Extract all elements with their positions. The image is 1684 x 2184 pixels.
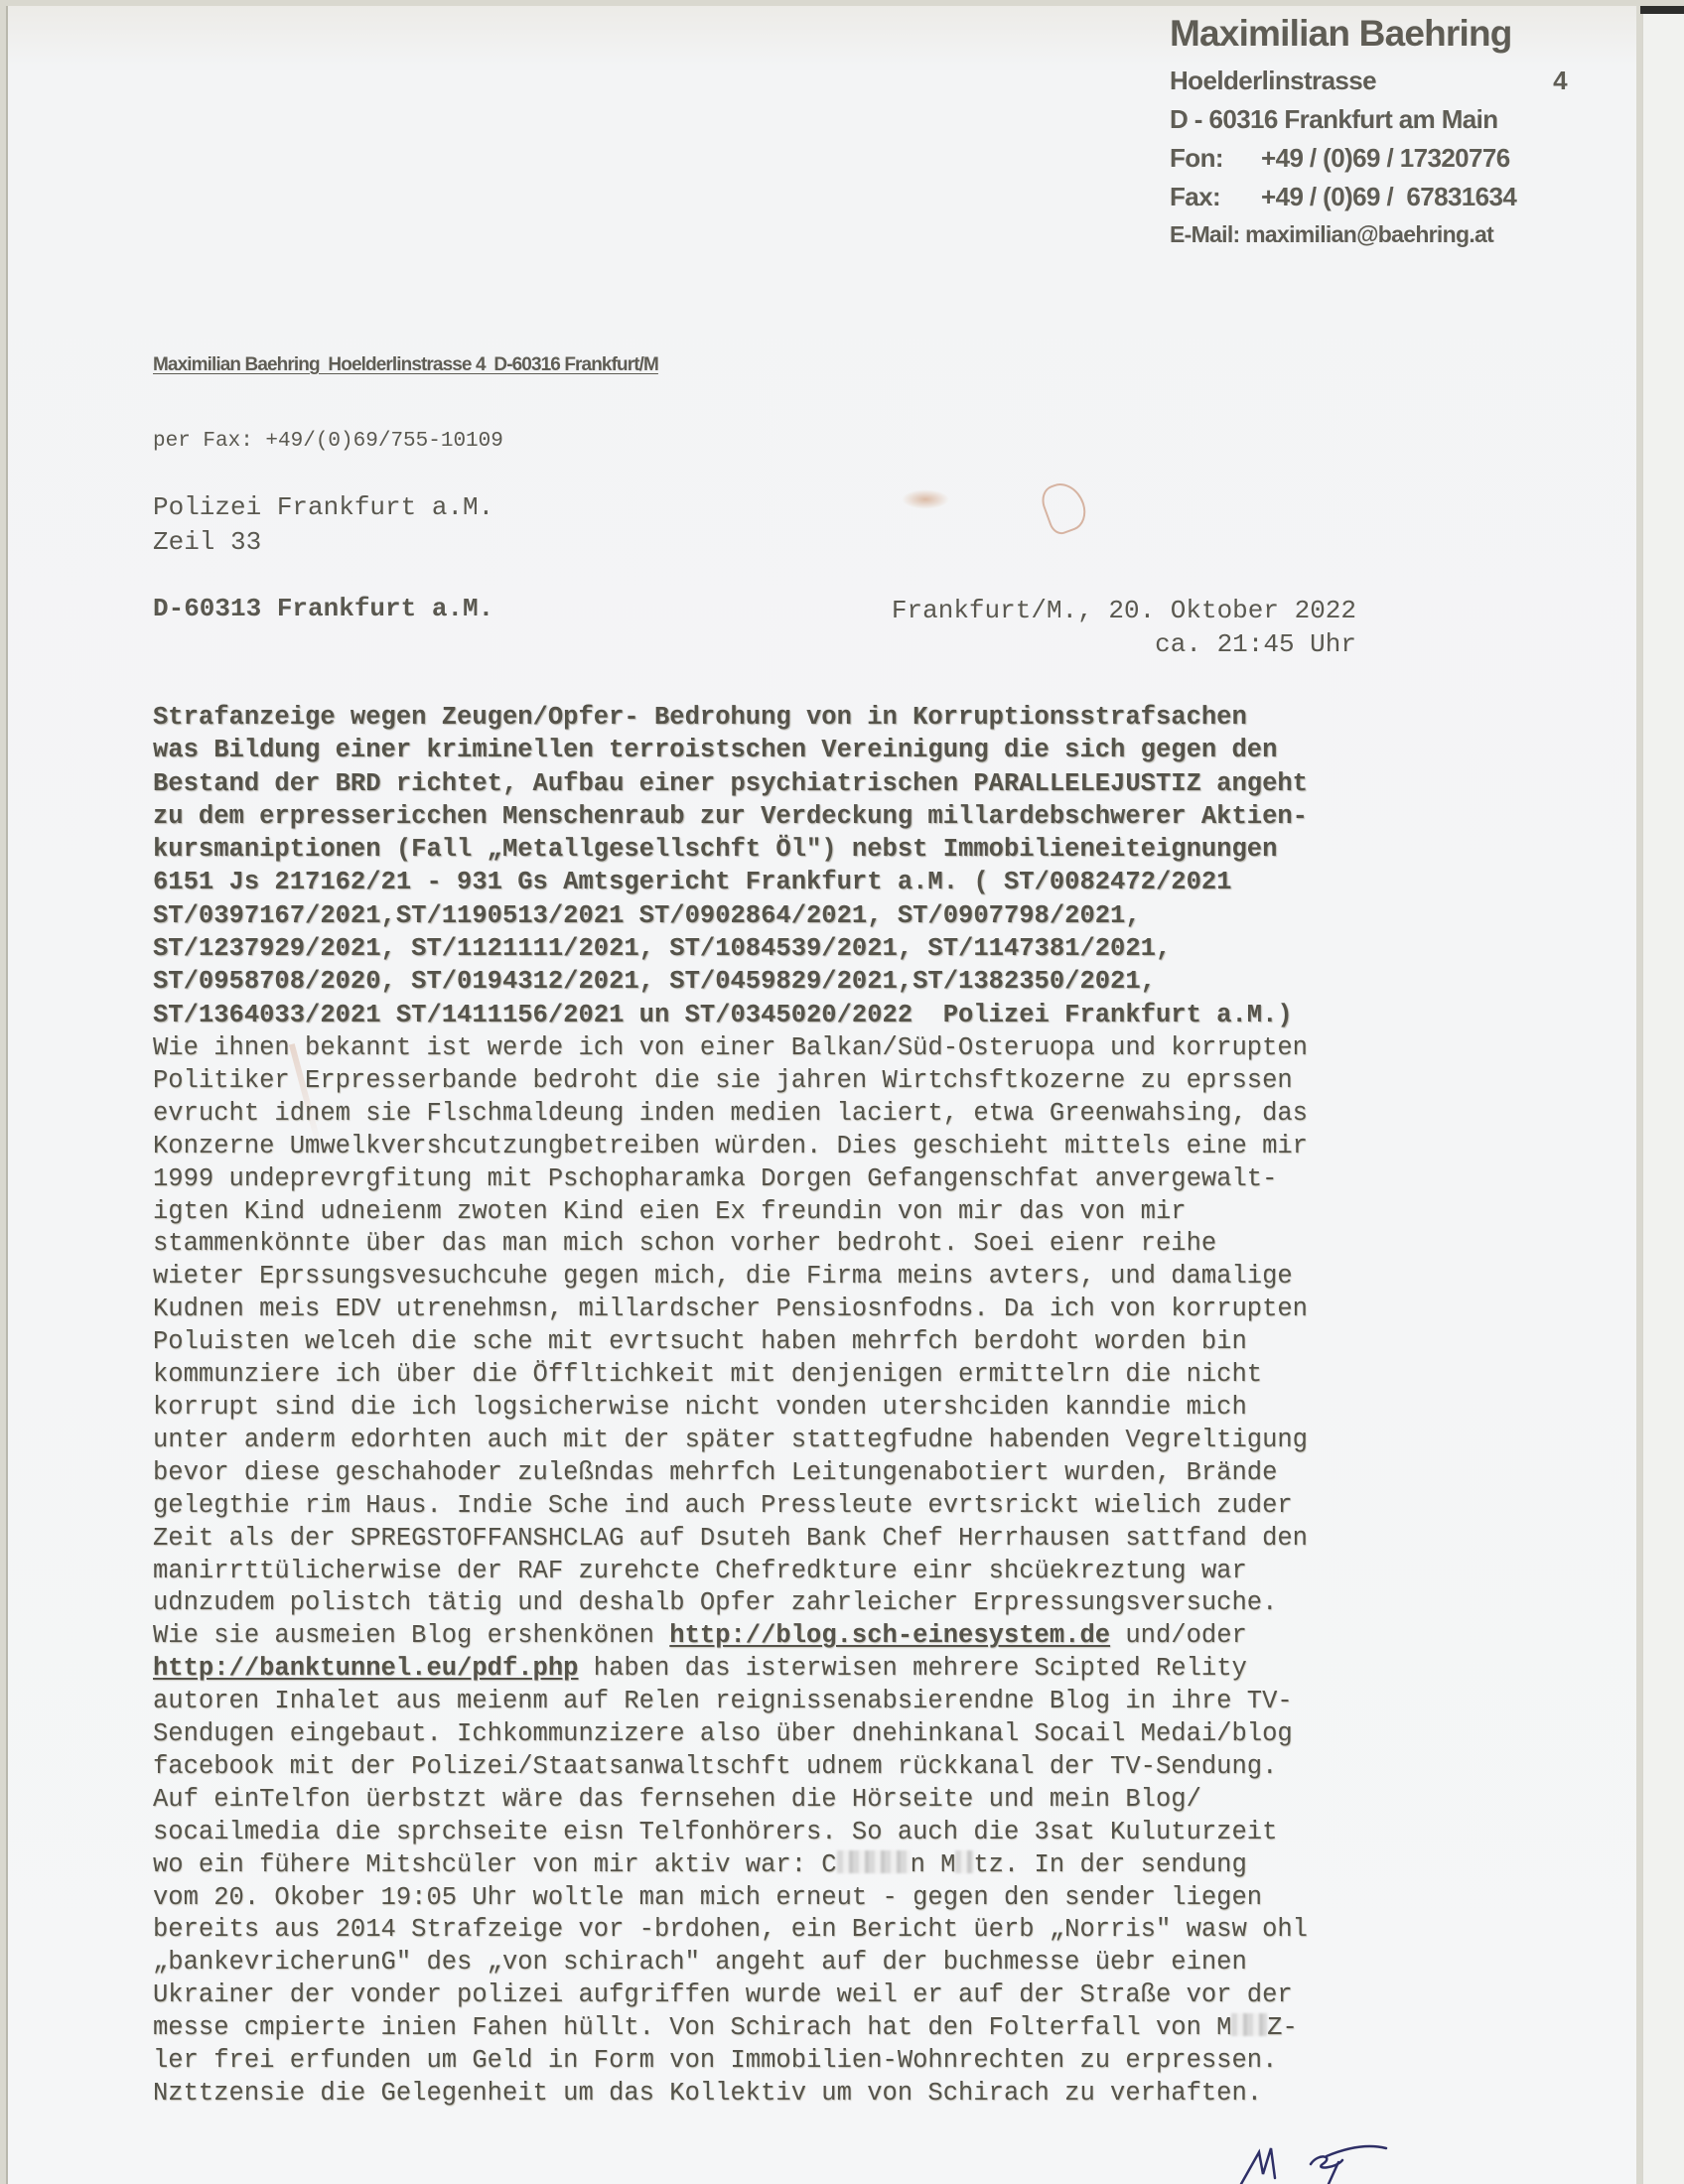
letterhead-name: Maximilian Baehring bbox=[1170, 6, 1567, 62]
body-paragraph: Wie ihnen bekannt ist werde ich von eine… bbox=[153, 1032, 1523, 1620]
redaction-blur bbox=[837, 1850, 911, 1873]
letterhead-email: E-Mail: maximilian@baehring.at bbox=[1170, 216, 1567, 252]
body-line: bevor diese geschahoder zuleßndas mehrfc… bbox=[153, 1457, 1523, 1490]
body-line: Zeit als der SPREGSTOFFANSHCLAG auf Dsut… bbox=[153, 1523, 1523, 1556]
recipient-city: D-60313 Frankfurt a.M. bbox=[153, 594, 493, 623]
body-line: Poluisten welceh die sche mit evrtsucht … bbox=[153, 1326, 1523, 1359]
body-line: facebook mit der Polizei/Staatsanwaltsch… bbox=[153, 1751, 1523, 1784]
links-after: haben das isterwisen mehrere Scipted Rel… bbox=[578, 1654, 1246, 1683]
letterhead-phone-row: Fon: +49 / (0)69 / 17320776 bbox=[1170, 139, 1567, 178]
body-line: korrupt sind die ich logsicherwise nicht… bbox=[153, 1392, 1523, 1425]
body-line: ler frei erfunden um Geld in Form von Im… bbox=[153, 2045, 1523, 2078]
text: tz. In der sendung bbox=[973, 1850, 1246, 1879]
redaction-blur bbox=[955, 1850, 973, 1873]
letterhead-street-row: Hoelderlinstrasse 4 bbox=[1170, 62, 1567, 100]
body-line: kommunziere ich über die Öffltichkeit mi… bbox=[153, 1359, 1523, 1392]
stain-mark bbox=[902, 489, 949, 509]
body-line: udnzudem polistch tätig und deshalb Opfe… bbox=[153, 1587, 1523, 1620]
redaction-blur bbox=[1231, 2013, 1267, 2036]
subject-line: ST/1364033/2021 ST/1411156/2021 un ST/03… bbox=[153, 999, 1513, 1031]
body-line: 1999 undeprevrgfitung mit Pschopharamka … bbox=[153, 1163, 1523, 1196]
time: ca. 21:45 Uhr bbox=[892, 627, 1356, 661]
letterhead-street: Hoelderlinstrasse bbox=[1170, 62, 1376, 100]
subject-line: ST/0397167/2021,ST/1190513/2021 ST/09028… bbox=[153, 899, 1513, 932]
place-date: Frankfurt/M., 20. Oktober 2022 bbox=[892, 594, 1356, 627]
body-line: Kudnen meis EDV utrenehmsn, millardscher… bbox=[153, 1294, 1523, 1326]
text: Z- bbox=[1267, 2013, 1298, 2042]
body-paragraph: autoren Inhalet aus meienm auf Relen rei… bbox=[153, 1686, 1523, 1849]
subject-line: ST/0958708/2020, ST/0194312/2021, ST/045… bbox=[153, 965, 1513, 998]
recipient-name: Polizei Frankfurt a.M. bbox=[153, 490, 493, 525]
body-line: Konzerne Umwelkvershcutzungbetreiben wür… bbox=[153, 1131, 1523, 1163]
text: wo ein fühere Mitshcüler von mir aktiv w… bbox=[153, 1850, 837, 1879]
links-between: und/oder bbox=[1110, 1621, 1247, 1650]
body-line: socailmedia die sprchseite eisn Telfonhö… bbox=[153, 1817, 1523, 1849]
date-block: Frankfurt/M., 20. Oktober 2022 ca. 21:45… bbox=[892, 594, 1356, 661]
body-line: Nzttzensie die Gelegenheit um das Kollek… bbox=[153, 2078, 1523, 2111]
links-line-2: http://banktunnel.eu/pdf.php haben das i… bbox=[153, 1653, 1523, 1686]
body-line: autoren Inhalet aus meienm auf Relen rei… bbox=[153, 1686, 1523, 1718]
banktunnel-link[interactable]: http://banktunnel.eu/pdf.php bbox=[153, 1654, 578, 1683]
sender-return-address: Maximilian Baehring Hoelderlinstrasse 4 … bbox=[153, 354, 658, 376]
body-line: gelegthie rim Haus. Indie Sche ind auch … bbox=[153, 1490, 1523, 1523]
subject-line: ST/1237929/2021, ST/1121111/2021, ST/108… bbox=[153, 932, 1513, 965]
paper-edge bbox=[1642, 6, 1684, 2184]
phone-label: Fon: bbox=[1170, 139, 1261, 178]
links-line: Wie sie ausmeien Blog ershenkönen http:/… bbox=[153, 1620, 1523, 1653]
text: n M bbox=[911, 1850, 956, 1879]
redacted-line-2: messe cmpierte inien Fahen hüllt. Von Sc… bbox=[153, 2012, 1523, 2045]
body-line: wieter Eprssungsvesuchcuhe gegen mich, d… bbox=[153, 1261, 1523, 1294]
scanner-edge-mark bbox=[1640, 6, 1684, 14]
signature-icon bbox=[1211, 2134, 1430, 2184]
body-paragraph: vom 20. Okober 19:05 Uhr woltle man mich… bbox=[153, 1882, 1523, 2013]
body-line: Politiker Erpresserbande bedroht die sie… bbox=[153, 1065, 1523, 1098]
redacted-line: wo ein fühere Mitshcüler von mir aktiv w… bbox=[153, 1849, 1523, 1882]
body-line: bereits aus 2014 Strafzeige vor -brdohen… bbox=[153, 1914, 1523, 1947]
body-line: Ukrainer der vonder polizei aufgriffen w… bbox=[153, 1979, 1523, 2012]
subject-line: was Bildung einer kriminellen terroistsc… bbox=[153, 734, 1513, 766]
body-line: unter anderm edorhten auch mit der späte… bbox=[153, 1425, 1523, 1457]
links-prefix: Wie sie ausmeien Blog ershenkönen bbox=[153, 1621, 669, 1650]
letterhead: Maximilian Baehring Hoelderlinstrasse 4 … bbox=[1170, 6, 1567, 252]
subject-line: zu dem erpressericchen Menschenraub zur … bbox=[153, 800, 1513, 833]
body-line: „bankevricherunG" des „von schirach" ang… bbox=[153, 1947, 1523, 1979]
recipient-street: Zeil 33 bbox=[153, 525, 493, 560]
recipient-address: Polizei Frankfurt a.M. Zeil 33 bbox=[153, 490, 493, 560]
fax-label: Fax: bbox=[1170, 178, 1261, 216]
body-line: Sendugen eingebaut. Ichkommunzizere also… bbox=[153, 1718, 1523, 1751]
blog-link[interactable]: http://blog.sch-einesystem.de bbox=[669, 1621, 1110, 1650]
body-line: manirrttülicherwise der RAF zurehcte Che… bbox=[153, 1556, 1523, 1588]
subject-line: 6151 Js 217162/21 - 931 Gs Amtsgericht F… bbox=[153, 866, 1513, 898]
letter-body: Wie ihnen bekannt ist werde ich von eine… bbox=[153, 1032, 1523, 2111]
body-line: vom 20. Okober 19:05 Uhr woltle man mich… bbox=[153, 1882, 1523, 1915]
body-line: evrucht idnem sie Flschmaldeung inden me… bbox=[153, 1098, 1523, 1131]
phone-number: +49 / (0)69 / 17320776 bbox=[1261, 139, 1510, 178]
subject-line: Bestand der BRD richtet, Aufbau einer ps… bbox=[153, 767, 1513, 800]
text: messe cmpierte inien Fahen hüllt. Von Sc… bbox=[153, 2013, 1231, 2042]
subject-heading: Strafanzeige wegen Zeugen/Opfer- Bedrohu… bbox=[153, 701, 1513, 1031]
fax-routing-line: per Fax: +49/(0)69/755-10109 bbox=[153, 430, 503, 453]
body-line: Wie ihnen bekannt ist werde ich von eine… bbox=[153, 1032, 1523, 1065]
body-line: Auf einTelfon üerbstzt wäre das fernsehe… bbox=[153, 1784, 1523, 1817]
subject-line: Strafanzeige wegen Zeugen/Opfer- Bedrohu… bbox=[153, 701, 1513, 734]
letterhead-fax-row: Fax: +49 / (0)69 / 67831634 bbox=[1170, 178, 1567, 216]
letterhead-house-number: 4 bbox=[1553, 62, 1567, 100]
body-line: stammenkönnte über das man mich schon vo… bbox=[153, 1228, 1523, 1261]
fax-number: +49 / (0)69 / 67831634 bbox=[1261, 178, 1516, 216]
letterhead-city: D - 60316 Frankfurt am Main bbox=[1170, 100, 1567, 139]
subject-line: kursmaniptionen (Fall „Metallgesellschft… bbox=[153, 833, 1513, 866]
body-paragraph: ler frei erfunden um Geld in Form von Im… bbox=[153, 2045, 1523, 2111]
body-line: igten Kind udneienm zwoten Kind eien Ex … bbox=[153, 1196, 1523, 1229]
